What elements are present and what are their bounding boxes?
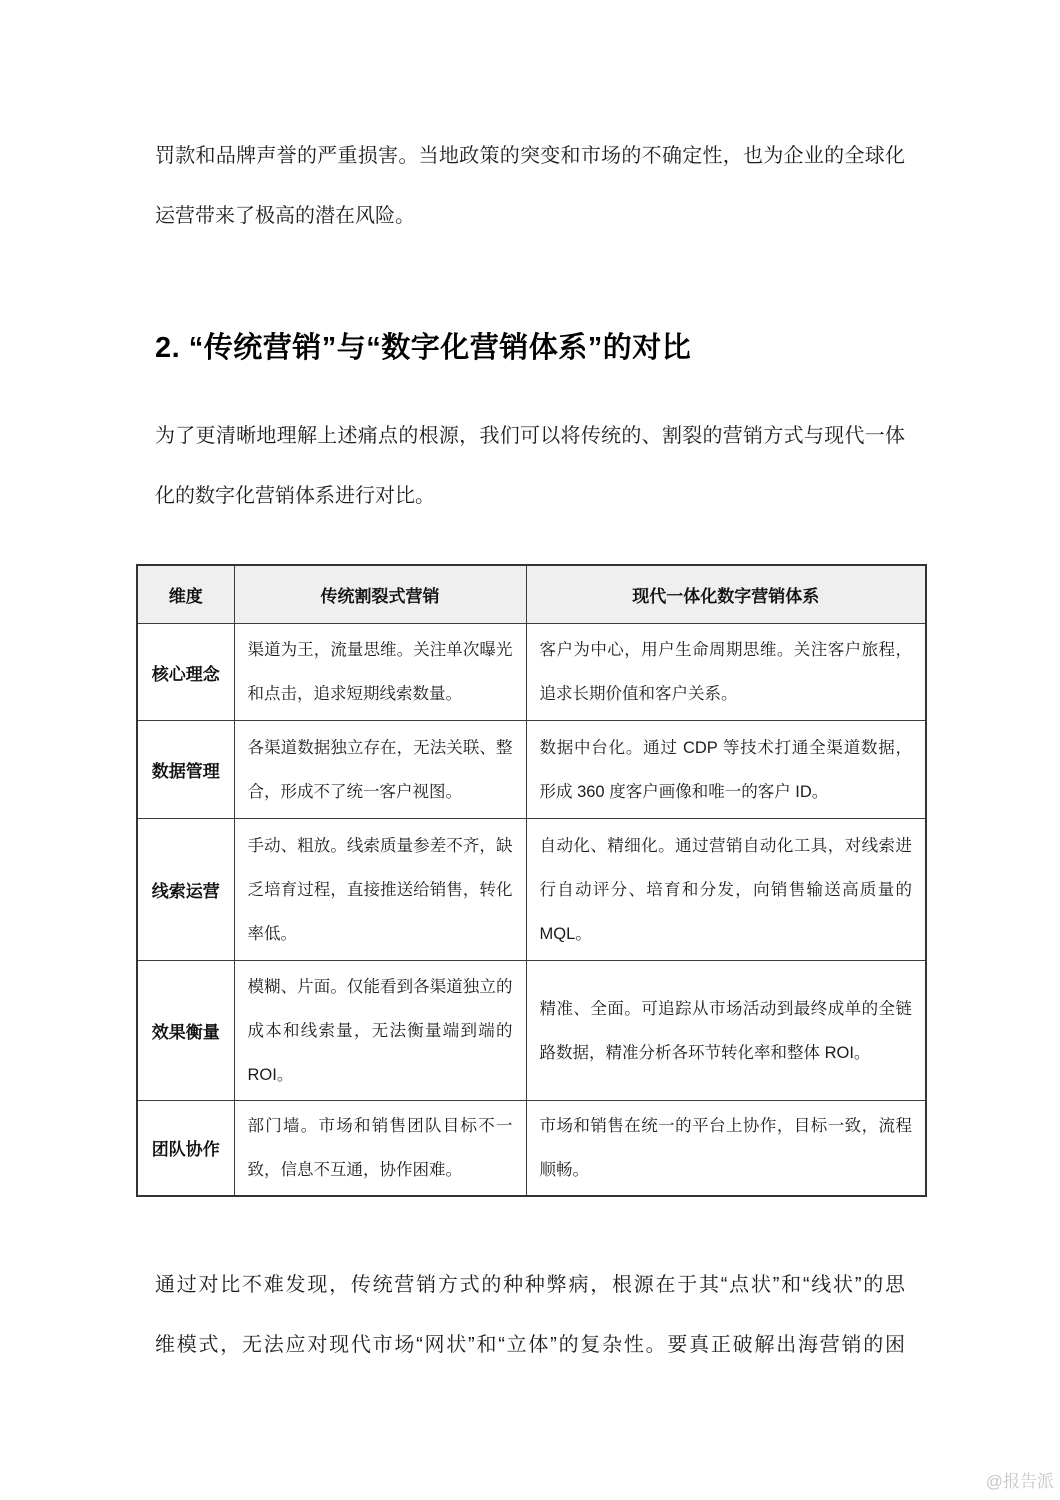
table-body: 核心理念渠道为王，流量思维。关注单次曝光和点击，追求短期线索数量。客户为中心，用… [137, 624, 926, 1196]
paragraph-top: 罚款和品牌声誉的严重损害。当地政策的突变和市场的不确定性，也为企业的全球化 运营… [155, 126, 905, 246]
traditional-marketing-cell: 渠道为王，流量思维。关注单次曝光和点击，追求短期线索数量。 [234, 624, 526, 721]
comparison-table: 维度传统割裂式营销现代一体化数字营销体系 核心理念渠道为王，流量思维。关注单次曝… [136, 564, 927, 1197]
table-row: 核心理念渠道为王，流量思维。关注单次曝光和点击，追求短期线索数量。客户为中心，用… [137, 624, 926, 721]
row-dimension-label: 线索运营 [137, 819, 234, 961]
paragraph-line: 罚款和品牌声誉的严重损害。当地政策的突变和市场的不确定性，也为企业的全球化 [155, 126, 905, 186]
document-page: 罚款和品牌声誉的严重损害。当地政策的突变和市场的不确定性，也为企业的全球化 运营… [0, 0, 1060, 1375]
row-dimension-label: 数据管理 [137, 721, 234, 819]
row-dimension-label: 核心理念 [137, 624, 234, 721]
modern-marketing-cell: 数据中台化。通过 CDP 等技术打通全渠道数据，形成 360 度客户画像和唯一的… [526, 721, 926, 819]
table-row: 线索运营手动、粗放。线索质量参差不齐，缺乏培育过程，直接推送给销售，转化率低。自… [137, 819, 926, 961]
column-header: 现代一体化数字营销体系 [526, 565, 926, 624]
traditional-marketing-cell: 模糊、片面。仅能看到各渠道独立的成本和线索量，无法衡量端到端的 ROI。 [234, 961, 526, 1101]
modern-marketing-cell: 市场和销售在统一的平台上协作，目标一致，流程顺畅。 [526, 1101, 926, 1196]
section-heading: 2. “传统营销”与“数字化营销体系”的对比 [155, 328, 905, 368]
paragraph-bottom: 通过对比不难发现，传统营销方式的种种弊病，根源在于其“点状”和“线状”的思 维模… [155, 1255, 905, 1375]
column-header: 维度 [137, 565, 234, 624]
traditional-marketing-cell: 手动、粗放。线索质量参差不齐，缺乏培育过程，直接推送给销售，转化率低。 [234, 819, 526, 961]
row-dimension-label: 团队协作 [137, 1101, 234, 1196]
paragraph-line: 维模式，无法应对现代市场“网状”和“立体”的复杂性。要真正破解出海营销的困 [155, 1315, 905, 1375]
paragraph-line: 为了更清晰地理解上述痛点的根源，我们可以将传统的、割裂的营销方式与现代一体 [155, 406, 905, 466]
paragraph-intro: 为了更清晰地理解上述痛点的根源，我们可以将传统的、割裂的营销方式与现代一体 化的… [155, 406, 905, 526]
row-dimension-label: 效果衡量 [137, 961, 234, 1101]
paragraph-line: 运营带来了极高的潜在风险。 [155, 186, 905, 246]
table-row: 数据管理各渠道数据独立存在，无法关联、整合，形成不了统一客户视图。数据中台化。通… [137, 721, 926, 819]
paragraph-line: 化的数字化营销体系进行对比。 [155, 466, 905, 526]
table-header-row: 维度传统割裂式营销现代一体化数字营销体系 [137, 565, 926, 624]
table-row: 团队协作部门墙。市场和销售团队目标不一致，信息不互通，协作困难。市场和销售在统一… [137, 1101, 926, 1196]
table-row: 效果衡量模糊、片面。仅能看到各渠道独立的成本和线索量，无法衡量端到端的 ROI。… [137, 961, 926, 1101]
watermark: @报告派 [986, 1467, 1054, 1492]
modern-marketing-cell: 客户为中心，用户生命周期思维。关注客户旅程，追求长期价值和客户关系。 [526, 624, 926, 721]
modern-marketing-cell: 自动化、精细化。通过营销自动化工具，对线索进行自动评分、培育和分发，向销售输送高… [526, 819, 926, 961]
paragraph-line: 通过对比不难发现，传统营销方式的种种弊病，根源在于其“点状”和“线状”的思 [155, 1255, 905, 1315]
traditional-marketing-cell: 各渠道数据独立存在，无法关联、整合，形成不了统一客户视图。 [234, 721, 526, 819]
traditional-marketing-cell: 部门墙。市场和销售团队目标不一致，信息不互通，协作困难。 [234, 1101, 526, 1196]
modern-marketing-cell: 精准、全面。可追踪从市场活动到最终成单的全链路数据，精准分析各环节转化率和整体 … [526, 961, 926, 1101]
column-header: 传统割裂式营销 [234, 565, 526, 624]
